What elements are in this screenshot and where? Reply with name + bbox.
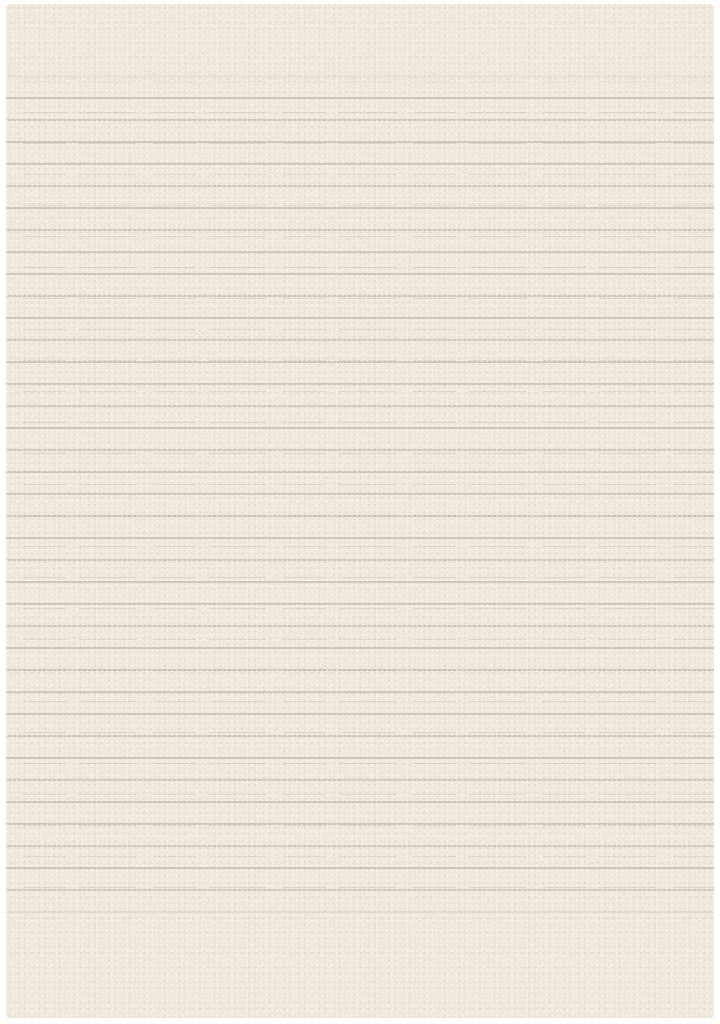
rug-texture — [6, 4, 714, 1018]
rug — [6, 4, 714, 1018]
